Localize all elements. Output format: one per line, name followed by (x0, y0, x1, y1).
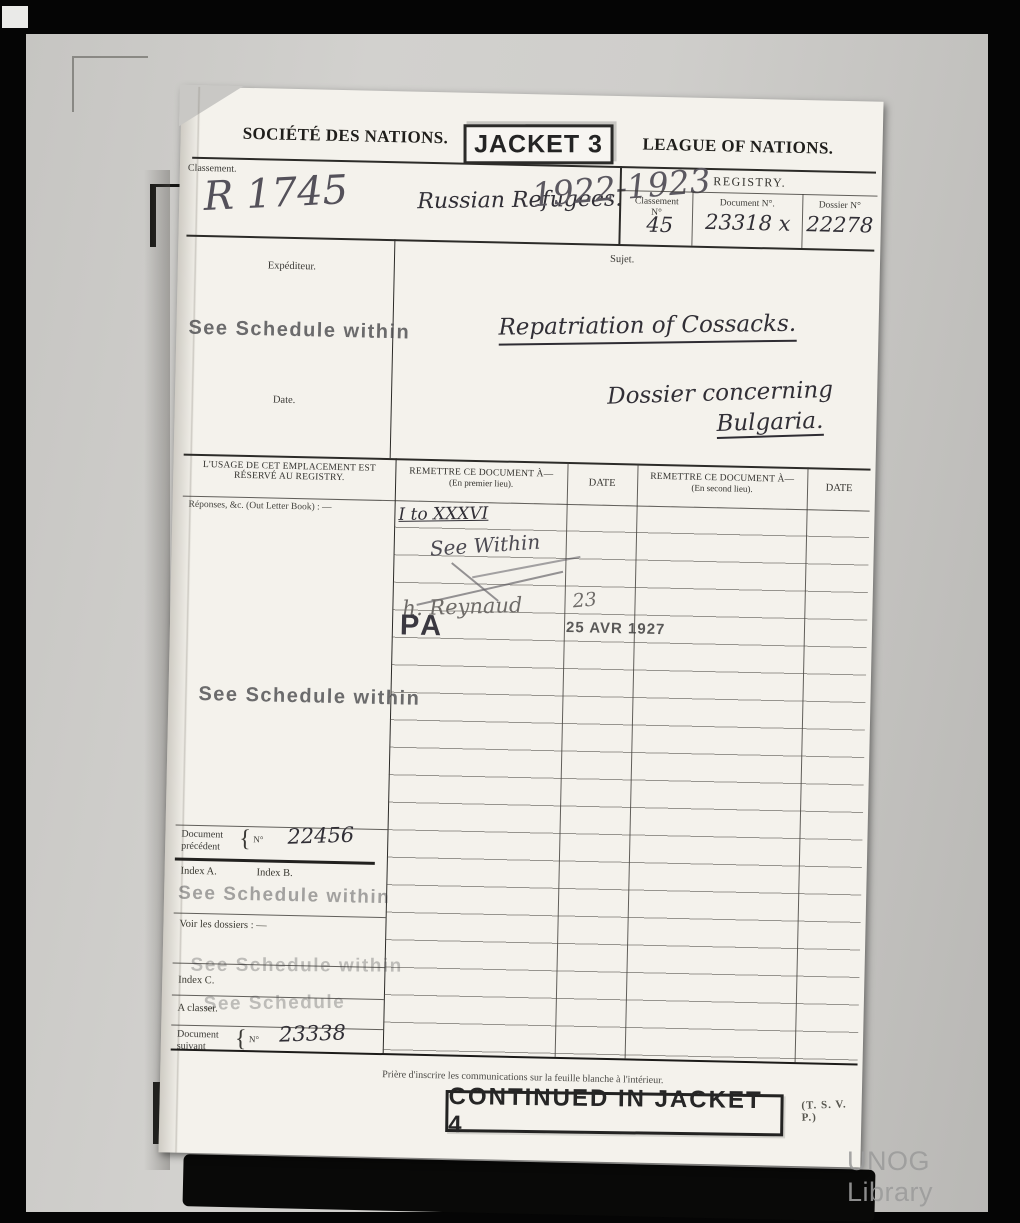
see-schedule-stamp: See Schedule within (198, 683, 420, 711)
societe-des-nations-title: SOCIÉTÉ DES NATIONS. (242, 124, 448, 148)
registry-classement-word: Classement (635, 196, 679, 207)
expediteur-label: Expéditeur. (268, 260, 316, 272)
registry-box: REGISTRY. Classement N° Document N°. Dos… (618, 166, 878, 250)
torn-corner (179, 84, 244, 127)
index-a-label: Index A. (180, 866, 216, 878)
tsvp-note: (T. S. V. P.) (801, 1098, 862, 1124)
no-label: N° (249, 1034, 259, 1044)
brace-glyph: { (239, 826, 251, 853)
registry-dossier-value: 22278 (804, 212, 877, 238)
a-classer-label: A classer. (177, 1003, 217, 1015)
date-label: Date. (273, 395, 296, 406)
registry-jacket-page: SOCIÉTÉ DES NATIONS. JACKET 3 LEAGUE OF … (158, 86, 883, 1167)
registry-document-value: 23318 x (696, 210, 800, 236)
registry-dossier-label: Dossier N° (802, 200, 877, 213)
responses-label: Réponses, &c. (Out Letter Book) : — (188, 500, 331, 513)
date1-header: DATE (571, 477, 633, 489)
index-c-label: Index C. (178, 975, 214, 987)
registry-classement-value: 45 (635, 212, 686, 237)
voir-dossiers-label: Voir les dossiers : — (179, 919, 267, 932)
unog-library-watermark: UNOG Library (847, 1146, 1020, 1208)
film-corner-notch (2, 6, 28, 28)
subject-line-1: Repatriation of Cossacks. (498, 311, 796, 346)
entry-pa-initials: PA (400, 609, 445, 643)
col3-header: REMETTRE CE DOCUMENT À— (En second lieu)… (641, 472, 803, 496)
corner-crop-mark (72, 56, 148, 112)
no-label: N° (253, 834, 263, 844)
see-schedule-stamp-faded: See Schedule within (191, 955, 403, 978)
rule-line (174, 912, 386, 918)
subject-line-2: Dossier concerning (607, 377, 834, 410)
doc-precedent-value: 22456 (287, 823, 355, 849)
document-precedent-label: Document précédent (181, 829, 223, 854)
entry-date-pencil: 23 (572, 588, 598, 612)
date2-header: DATE (811, 482, 867, 494)
section-divider (390, 239, 396, 458)
doc-suivant-value: 23338 (279, 1021, 347, 1047)
jacket-number-stamp: JACKET 3 (464, 124, 614, 164)
classement-handwritten-value: R 1745 (202, 167, 349, 220)
date-received-stamp: 25 AVR 1927 (566, 619, 666, 638)
paper-crease (174, 87, 200, 1153)
league-of-nations-title: LEAGUE OF NATIONS. (642, 135, 833, 159)
see-schedule-stamp-faded: See Schedule within (178, 883, 391, 910)
entry-roman-numerals: I to XXXVI (398, 504, 488, 525)
doc-precedent-word1: Document (181, 829, 223, 841)
see-schedule-stamp: See Schedule within (188, 317, 410, 345)
col2-header: REMETTRE CE DOCUMENT À— (En premier lieu… (399, 466, 563, 490)
continued-in-jacket-stamp: CONTINUED IN JACKET 4 (445, 1090, 784, 1136)
sujet-label: Sujet. (610, 254, 634, 266)
scanned-archive-photo: SOCIÉTÉ DES NATIONS. JACKET 3 LEAGUE OF … (0, 0, 1020, 1223)
doc-precedent-word2: précédent (181, 841, 220, 853)
subject-line-3: Bulgaria. (716, 408, 824, 439)
index-b-label: Index B. (256, 867, 292, 879)
see-schedule-stamp-faded: See Schedule (204, 992, 346, 1016)
doc-suivant-word1: Document (177, 1029, 219, 1041)
col1-header: L'USAGE DE CET EMPLACEMENT EST RÉSERVÉ A… (187, 460, 391, 484)
rule-line (175, 858, 375, 865)
registry-title: REGISTRY. (622, 172, 878, 193)
